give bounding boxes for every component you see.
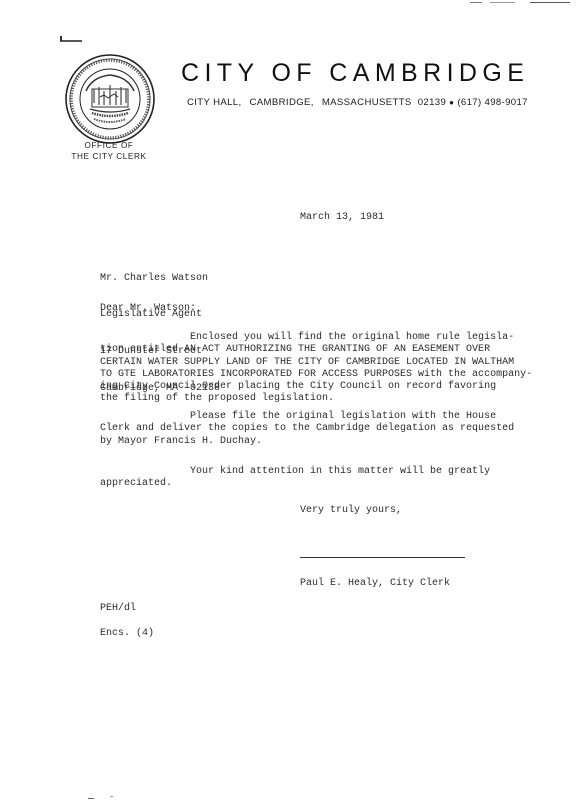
office-line-2: THE CITY CLERK xyxy=(56,151,162,162)
address-state-zip: MASSACHUSETTS 02139 xyxy=(322,97,446,108)
enclosures-note: Encs. (4) xyxy=(100,628,154,640)
scan-mark xyxy=(88,798,94,799)
letterhead-title: CITY OF CAMBRIDGE xyxy=(181,59,529,88)
signer-name: Paul E. Healy, City Clerk xyxy=(300,578,450,590)
letterhead-address: CITY HALL, CAMBRIDGE, MASSACHUSETTS 0213… xyxy=(187,97,528,108)
body-paragraph-1: Enclosed you will find the original home… xyxy=(100,332,532,406)
city-seal-icon xyxy=(64,53,156,145)
address-city: CAMBRIDGE, xyxy=(250,97,314,108)
letter-date: March 13, 1981 xyxy=(300,212,384,224)
body-paragraph-2: Please file the original legislation wit… xyxy=(100,411,514,448)
phone-number: (617) 498-9017 xyxy=(457,97,528,108)
office-label: OFFICE OF THE CITY CLERK xyxy=(56,140,162,162)
body-paragraph-3: Your kind attention in this matter will … xyxy=(100,466,490,491)
recipient-name: Mr. Charles Watson xyxy=(100,273,220,285)
scan-mark xyxy=(60,36,62,41)
scan-mark xyxy=(60,40,82,42)
scan-mark xyxy=(110,796,113,797)
scan-mark xyxy=(470,2,482,3)
address-street: CITY HALL, xyxy=(187,97,242,108)
scan-mark xyxy=(530,2,570,3)
typist-initials: PEH/dl xyxy=(100,603,136,615)
salutation: Dear Mr. Watson: xyxy=(100,303,196,315)
signature-line xyxy=(300,557,465,558)
bullet-icon: ● xyxy=(449,98,454,107)
closing: Very truly yours, xyxy=(300,505,402,517)
scan-mark xyxy=(490,2,515,3)
office-line-1: OFFICE OF xyxy=(56,140,162,151)
